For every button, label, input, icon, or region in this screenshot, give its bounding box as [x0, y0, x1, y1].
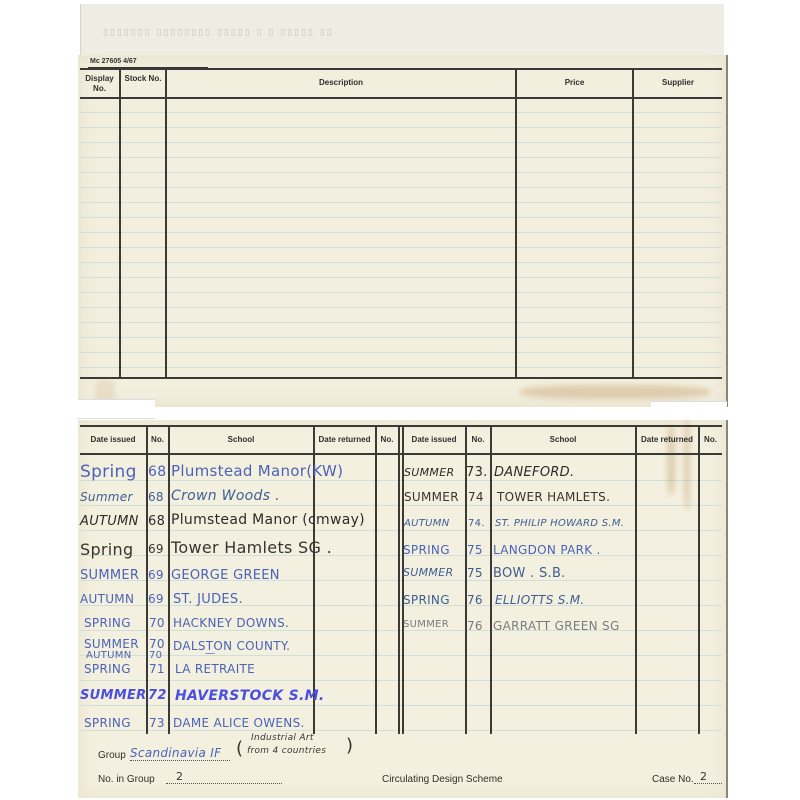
entry-school: ELLIOTTS S.M. [495, 593, 585, 607]
ruled-line [80, 322, 722, 323]
entry-school-ditto: — [205, 648, 215, 659]
ruled-line [80, 367, 722, 368]
header-date-returned: Date returned [636, 435, 698, 445]
entry-term: Spring [80, 540, 133, 559]
entry-term: SPRING [403, 593, 450, 607]
entry-year: 76 [467, 619, 483, 633]
entry-school: DALSTON COUNTY. [173, 639, 290, 653]
entry-year: 70 [149, 650, 162, 661]
header-no: No. [147, 435, 168, 445]
entry-term: SPRING [84, 616, 131, 630]
header-display-no: Display No. [80, 74, 119, 94]
entry-school: DANEFORD. [494, 465, 574, 480]
entry-term: SPRING [84, 662, 131, 676]
ruled-line [80, 157, 722, 158]
entry-year: 75 [467, 566, 483, 580]
card-top-fold: ▯▯ ▯▯▯▯▯ ▯ ▯ ▯▯▯▯▯ ▯▯▯▯▯▯▯▯ ▯▯▯▯▯▯▯ [80, 4, 724, 56]
ruled-line [80, 232, 722, 233]
ruled-line [80, 730, 722, 731]
ruled-line [80, 172, 722, 173]
header-no: No. [376, 435, 398, 445]
entry-year: 72 [148, 688, 167, 703]
lower-col-divider [168, 426, 170, 734]
upper-col-divider [515, 69, 517, 378]
case-no-label: Case No. [652, 774, 694, 785]
ruled-line [80, 680, 722, 681]
entry-term: SUMMER [404, 490, 459, 504]
upper-table-bottom-line [80, 377, 722, 379]
entry-year: 75 [467, 543, 483, 557]
lower-col-divider [698, 426, 700, 734]
entry-term: SUMMER [84, 637, 139, 651]
entry-school: ST. JUDES. [173, 592, 243, 607]
ruled-line [80, 262, 722, 263]
group-note-line1: Industrial Art [251, 733, 314, 743]
header-date-issued: Date issued [403, 435, 465, 445]
right-tab-slot [651, 401, 727, 421]
ruled-line [80, 142, 722, 143]
lower-col-divider [635, 426, 637, 734]
group-label: Group [98, 750, 126, 761]
ruled-line [80, 480, 722, 481]
entry-school: Crown Woods . [171, 488, 280, 504]
entry-term: SUMMER [80, 688, 146, 703]
header-description: Description [167, 78, 515, 88]
lower-header-bottom-line [80, 453, 722, 455]
upper-col-divider [165, 69, 167, 378]
upper-col-divider [632, 69, 634, 378]
header-price: Price [517, 78, 632, 88]
bleed-through-text: ▯▯ ▯▯▯▯▯ ▯ ▯ ▯▯▯▯▯ ▯▯▯▯▯▯▯▯ ▯▯▯▯▯▯▯ [101, 28, 332, 38]
header-date-issued: Date issued [80, 435, 146, 445]
no-in-group-value: 2 [166, 770, 282, 784]
lower-col-divider-double [398, 426, 400, 734]
ruled-line [80, 655, 722, 656]
entry-term: SPRING [403, 543, 450, 557]
ruled-line [80, 530, 722, 531]
header-stock-no: Stock No. [121, 74, 165, 84]
ruled-line [80, 202, 722, 203]
header-school: School [169, 435, 313, 445]
header-no: No. [466, 435, 490, 445]
ruled-line [80, 187, 722, 188]
ruled-line [80, 352, 722, 353]
ruled-line [80, 292, 722, 293]
upper-card [78, 55, 728, 407]
entry-school: HACKNEY DOWNS. [173, 616, 289, 630]
entry-year: 68 [148, 490, 164, 504]
entry-year: 73 [149, 716, 165, 730]
upper-header-bottom-line [80, 97, 722, 99]
header-supplier: Supplier [634, 78, 722, 88]
entry-year: 74 [468, 490, 484, 504]
ruled-line [80, 630, 722, 631]
ruled-line [80, 112, 722, 113]
entry-term: SUMMER [403, 566, 453, 579]
entry-term: Spring [80, 462, 137, 482]
entry-school: HAVERSTOCK S.M. [175, 688, 324, 704]
form-code: Mc 27605 4/67 [90, 58, 137, 65]
ruled-line [80, 247, 722, 248]
entry-year: 68 [148, 464, 166, 480]
entry-year: 68 [148, 514, 165, 529]
ruled-line [80, 127, 722, 128]
entry-term: SUMMER [403, 619, 449, 630]
stain [520, 385, 710, 399]
lower-header-top-line [80, 425, 722, 427]
entry-year: 69 [148, 592, 164, 606]
entry-school: Plumstead Manor(KW) [171, 462, 343, 480]
entry-school: GARRATT GREEN SG [493, 619, 620, 633]
no-in-group-label: No. in Group [98, 774, 155, 785]
entry-school: GEORGE GREEN [171, 568, 280, 583]
entry-term: SUMMER [80, 568, 139, 583]
upper-header-top-line [80, 68, 722, 70]
entry-term: AUTUMN [80, 514, 139, 529]
upper-col-divider [119, 69, 121, 378]
entry-school: LA RETRAITE [175, 662, 255, 676]
entry-school: BOW . S.B. [493, 566, 566, 581]
scheme-title: Circulating Design Scheme [382, 774, 503, 785]
ruled-line [80, 337, 722, 338]
entry-year: 70 [149, 637, 165, 651]
entry-term: AUTUMN [86, 650, 132, 661]
entry-year: 69 [148, 568, 164, 582]
entry-year: 76 [467, 593, 483, 607]
entry-year: 70 [149, 616, 165, 630]
ruled-line [80, 505, 722, 506]
left-tab-slot [78, 399, 155, 419]
entry-school: ST. PHILIP HOWARD S.M. [495, 518, 624, 529]
ruled-line [80, 217, 722, 218]
entry-term: SPRING [84, 716, 131, 730]
stain [684, 420, 690, 510]
group-note-line2: from 4 countries [247, 746, 326, 756]
ruled-line [80, 307, 722, 308]
group-note-bracket-close: ) [346, 735, 353, 756]
entry-term: SUMMER [404, 466, 454, 479]
entry-year: 69 [148, 542, 164, 556]
entry-term: AUTUMN [80, 592, 134, 606]
group-note-bracket-open: ( [236, 738, 243, 759]
entry-school: Plumstead Manor (cmway) [171, 512, 365, 528]
case-no-value: 2 [694, 770, 722, 784]
header-no: No. [699, 435, 722, 445]
ruled-line [80, 705, 722, 706]
lower-col-divider [490, 426, 492, 734]
header-school: School [491, 435, 635, 445]
entry-term: Summer [80, 490, 133, 504]
entry-school: LANGDON PARK . [493, 543, 601, 557]
entry-school: Tower Hamlets SG . [171, 538, 332, 557]
entry-term: AUTUMN [404, 518, 450, 529]
header-date-returned: Date returned [314, 435, 375, 445]
entry-school: TOWER HAMLETS. [497, 490, 610, 504]
ruled-line [80, 277, 722, 278]
lower-col-divider [375, 426, 377, 734]
group-value: Scandinavia IF [130, 746, 230, 761]
entry-year: 73. [466, 465, 488, 480]
entry-school: DAME ALICE OWENS. [173, 716, 305, 730]
entry-year: 71 [149, 662, 165, 676]
entry-year: 74. [468, 518, 485, 529]
